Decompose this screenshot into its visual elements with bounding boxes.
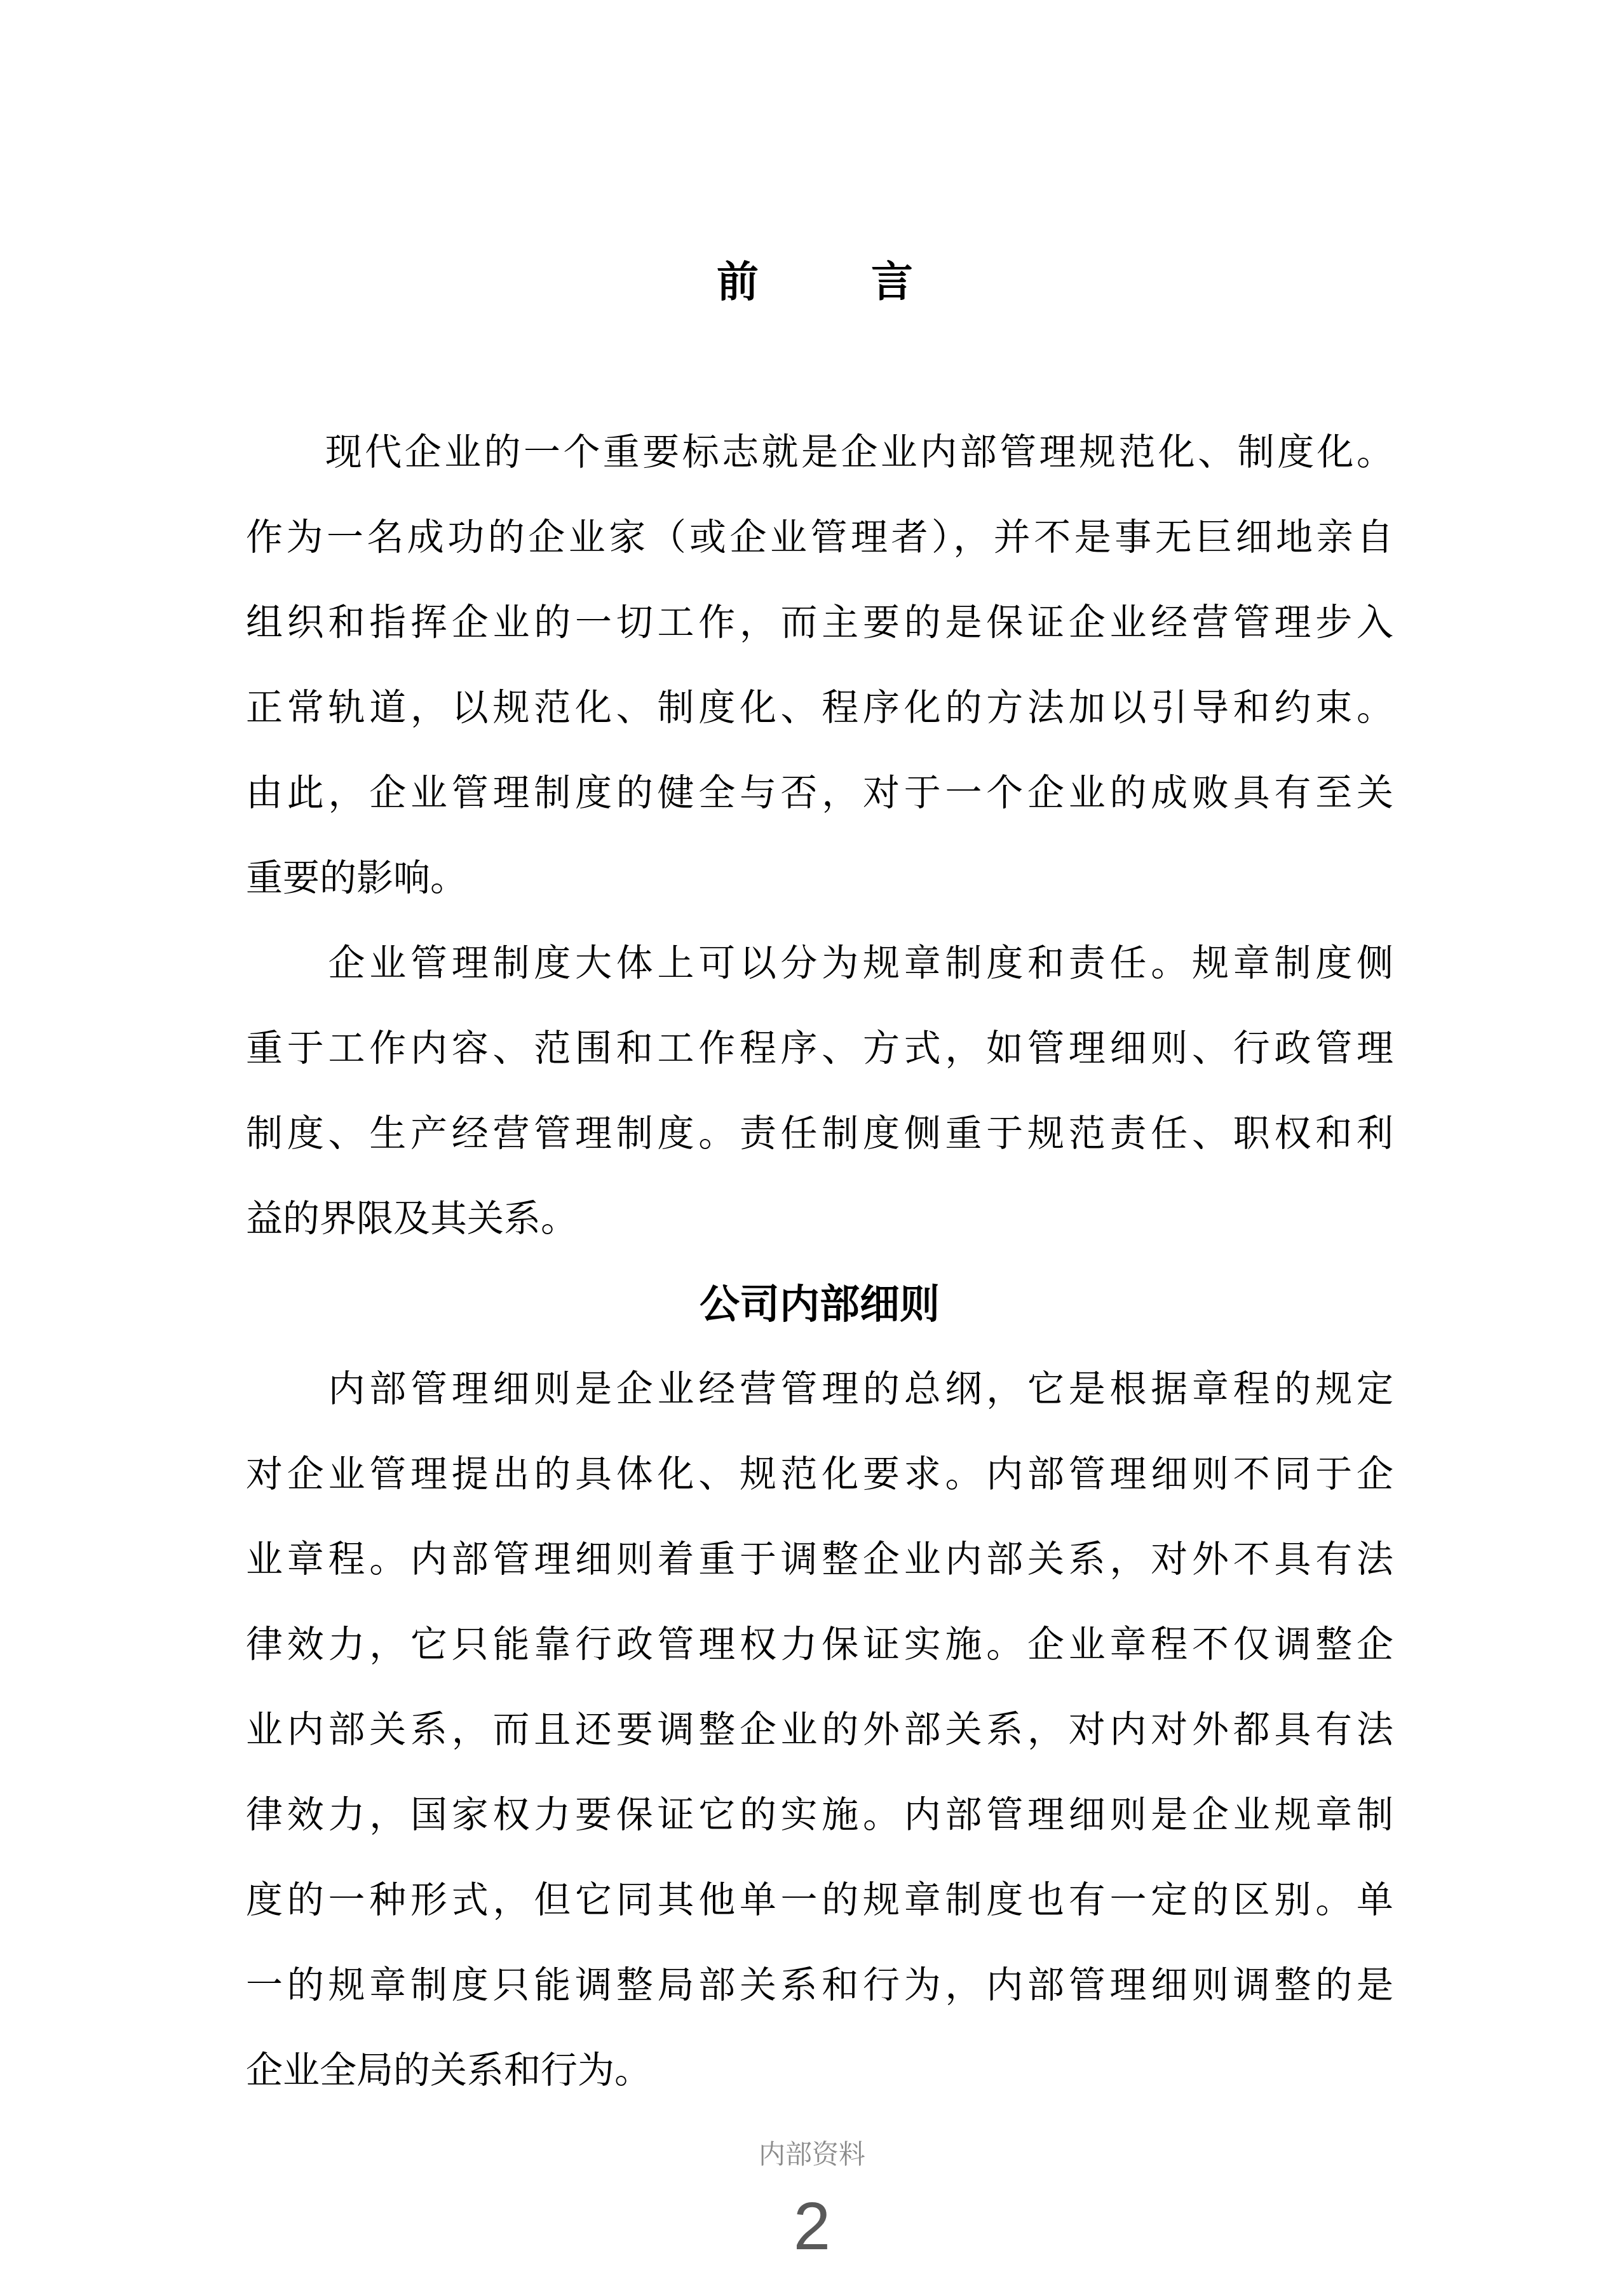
text-line: 企业全局的关系和行为。	[246, 2028, 1393, 2113]
text-line: 度的一种形式，但它同其他单一的规章制度也有一定的区别。单	[246, 1858, 1393, 1943]
text-line: 重于工作内容、范围和工作程序、方式，如管理细则、行政管理	[246, 1006, 1393, 1091]
document-body: 前 言 现代企业的一个重要标志就是企业内部管理规范化、制度化。作为一名成功的企业…	[246, 0, 1393, 2113]
text-line: 正常轨道，以规范化、制度化、程序化的方法加以引导和约束。	[246, 665, 1393, 751]
text-line: 重要的影响。	[246, 836, 1393, 921]
text-line: 企业管理制度大体上可以分为规章制度和责任。规章制度侧	[246, 921, 1393, 1006]
page-number: 2	[0, 2191, 1624, 2263]
text-line: 益的界限及其关系。	[246, 1176, 1393, 1262]
text-line: 组织和指挥企业的一切工作，而主要的是保证企业经营管理步入	[246, 580, 1393, 665]
document-page: 前 言 现代企业的一个重要标志就是企业内部管理规范化、制度化。作为一名成功的企业…	[0, 0, 1624, 2288]
text-line: 律效力，国家权力要保证它的实施。内部管理细则是企业规章制	[246, 1773, 1393, 1858]
text-line: 内部管理细则是企业经营管理的总纲，它是根据章程的规定	[246, 1347, 1393, 1432]
page-title: 前 言	[246, 239, 1393, 324]
text-line: 作为一名成功的企业家（或企业管理者），并不是事无巨细地亲自	[246, 495, 1393, 580]
text-line: 业章程。内部管理细则着重于调整企业内部关系，对外不具有法	[246, 1517, 1393, 1602]
text-line: 对企业管理提出的具体化、规范化要求。内部管理细则不同于企	[246, 1432, 1393, 1517]
section-heading: 公司内部细则	[246, 1262, 1393, 1347]
text-line: 业内部关系，而且还要调整企业的外部关系，对内对外都具有法	[246, 1687, 1393, 1773]
page-footer: 内部资料 2	[0, 2124, 1624, 2288]
text-line: 由此，企业管理制度的健全与否，对于一个企业的成败具有至关	[246, 751, 1393, 836]
text-line: 律效力，它只能靠行政管理权力保证实施。企业章程不仅调整企	[246, 1602, 1393, 1687]
text-line: 制度、生产经营管理制度。责任制度侧重于规范责任、职权和利	[246, 1091, 1393, 1176]
footer-watermark: 内部资料	[0, 2139, 1624, 2170]
text-line: 一的规章制度只能调整局部关系和行为，内部管理细则调整的是	[246, 1943, 1393, 2028]
text-line: 现代企业的一个重要标志就是企业内部管理规范化、制度化。	[246, 410, 1393, 495]
